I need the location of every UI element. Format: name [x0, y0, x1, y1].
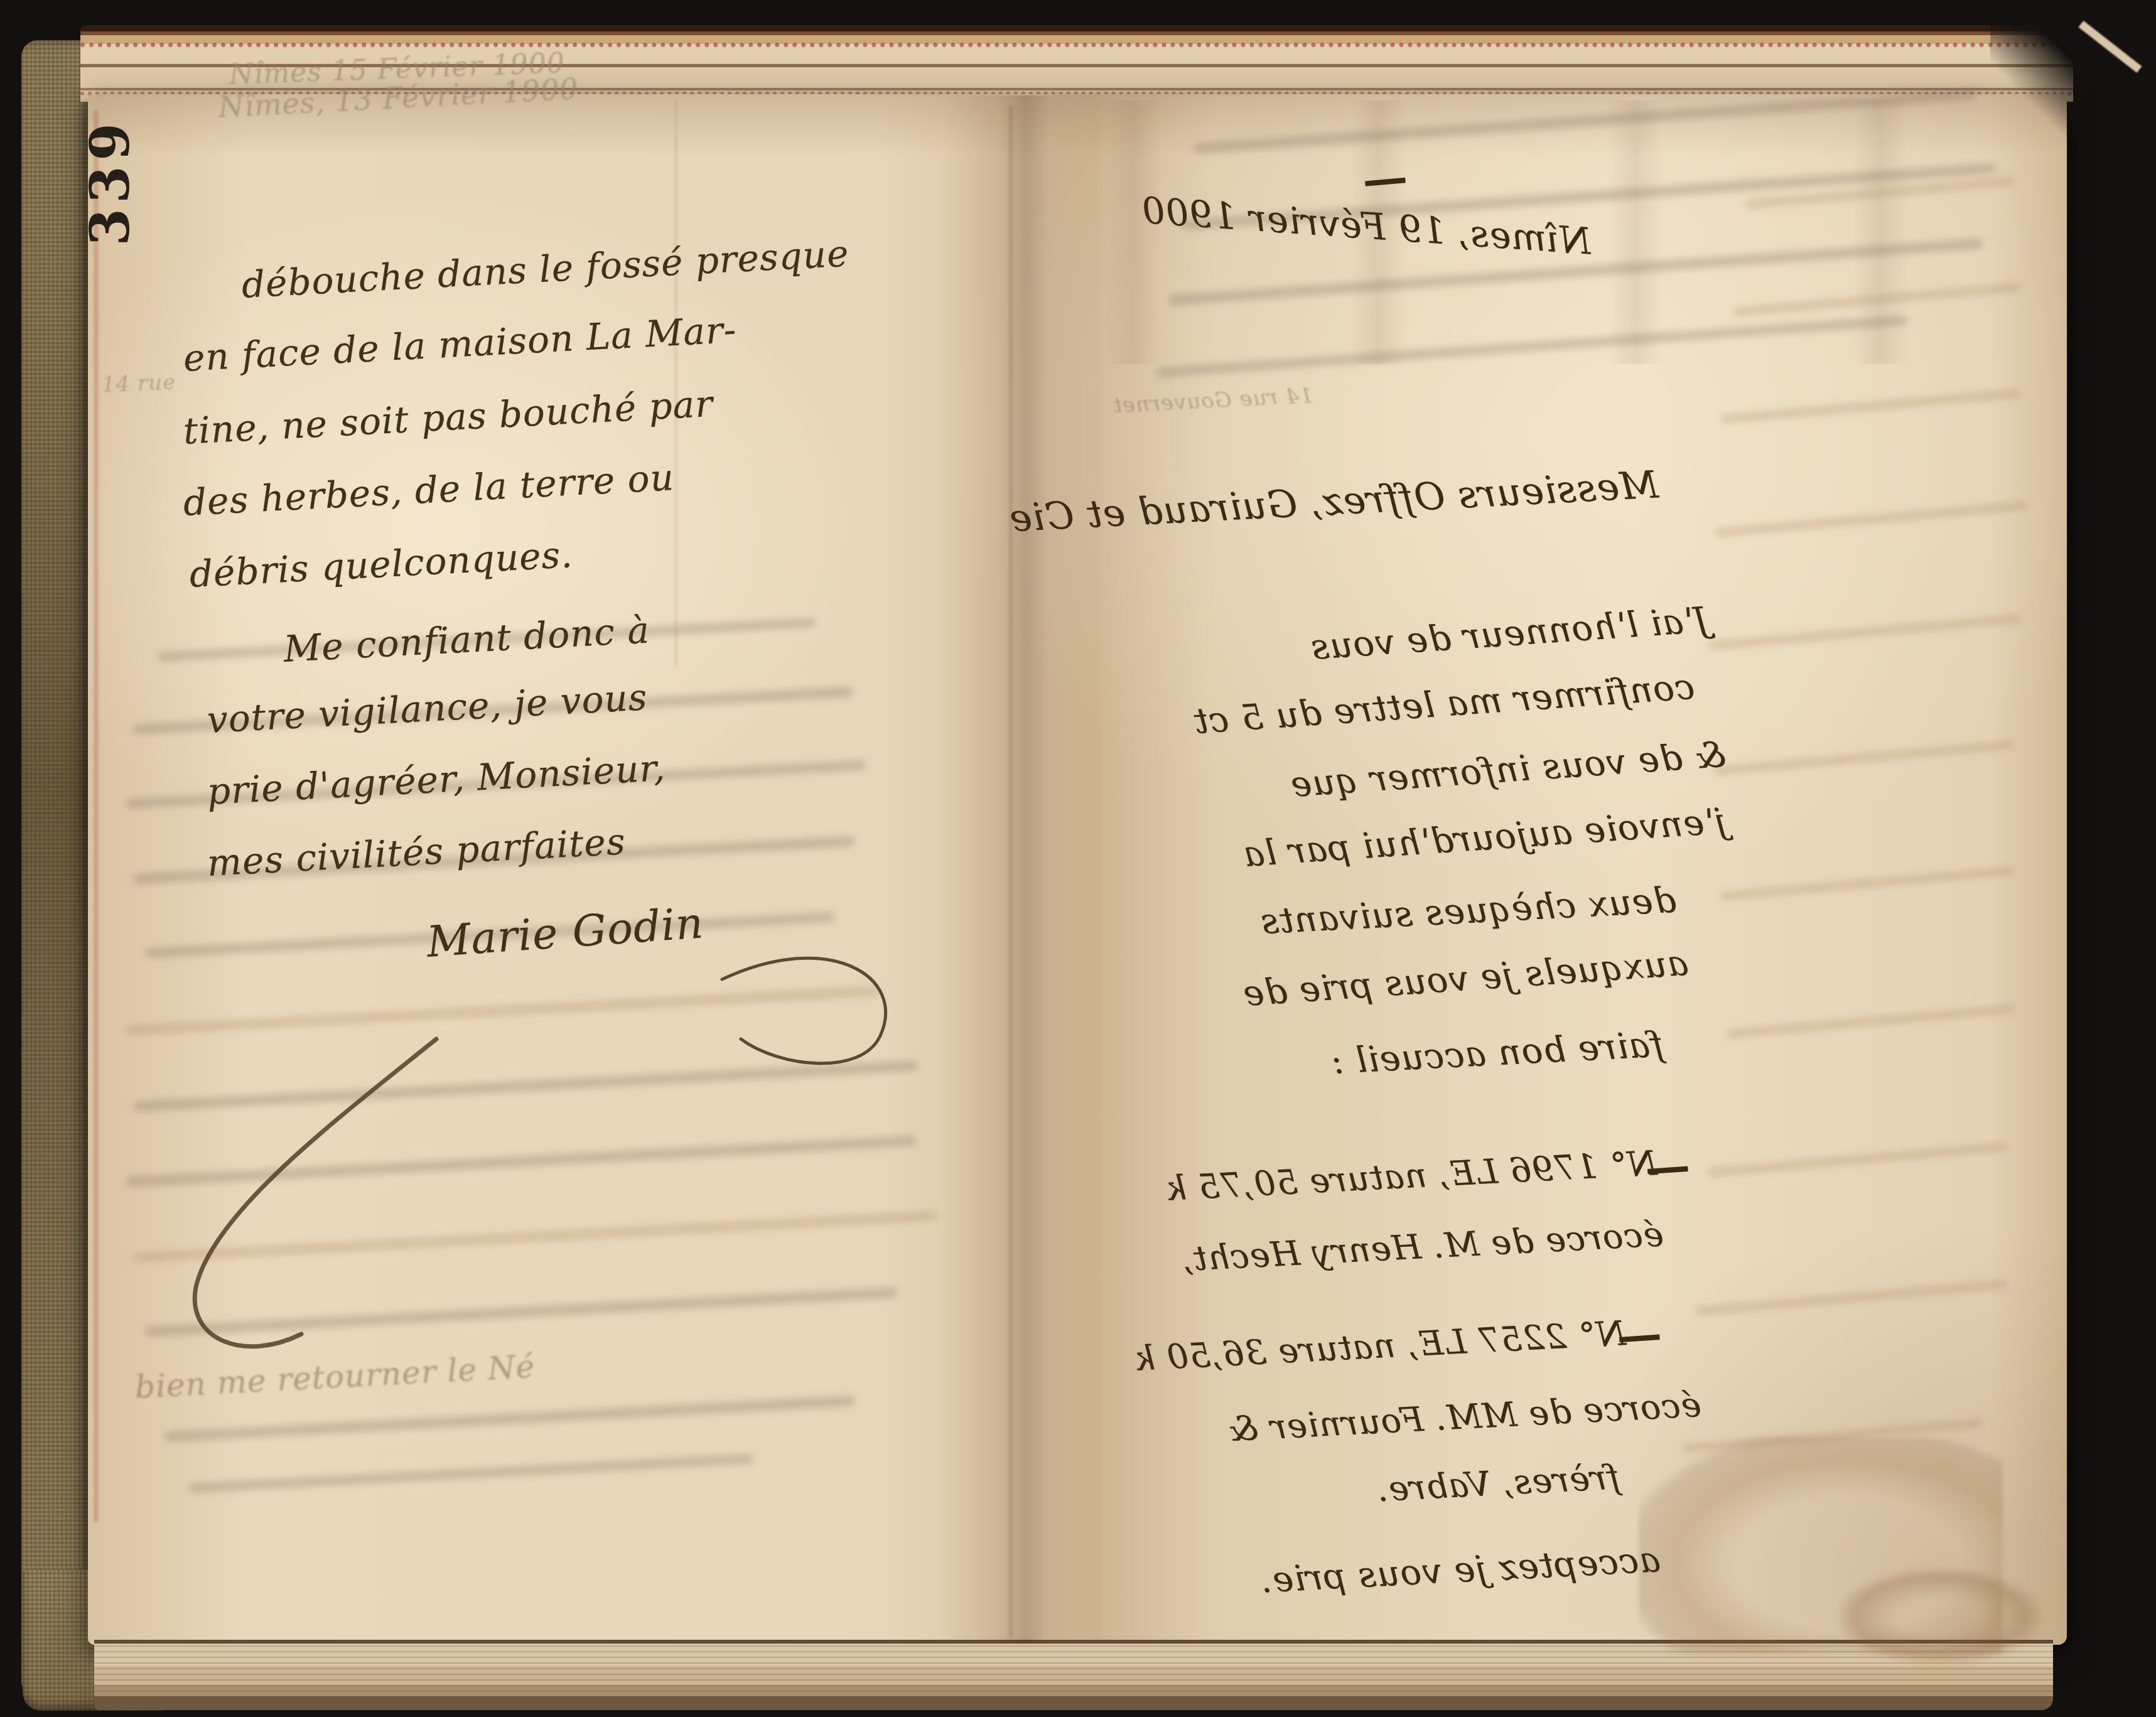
manuscript-scan: 339 Nîmes 15 Février 1900 Nîmes, 13 Févr…	[0, 0, 2156, 1717]
ink-flourish	[0, 0, 2156, 1717]
paraph-curve	[195, 1039, 436, 1347]
signature-flourish	[722, 958, 886, 1063]
